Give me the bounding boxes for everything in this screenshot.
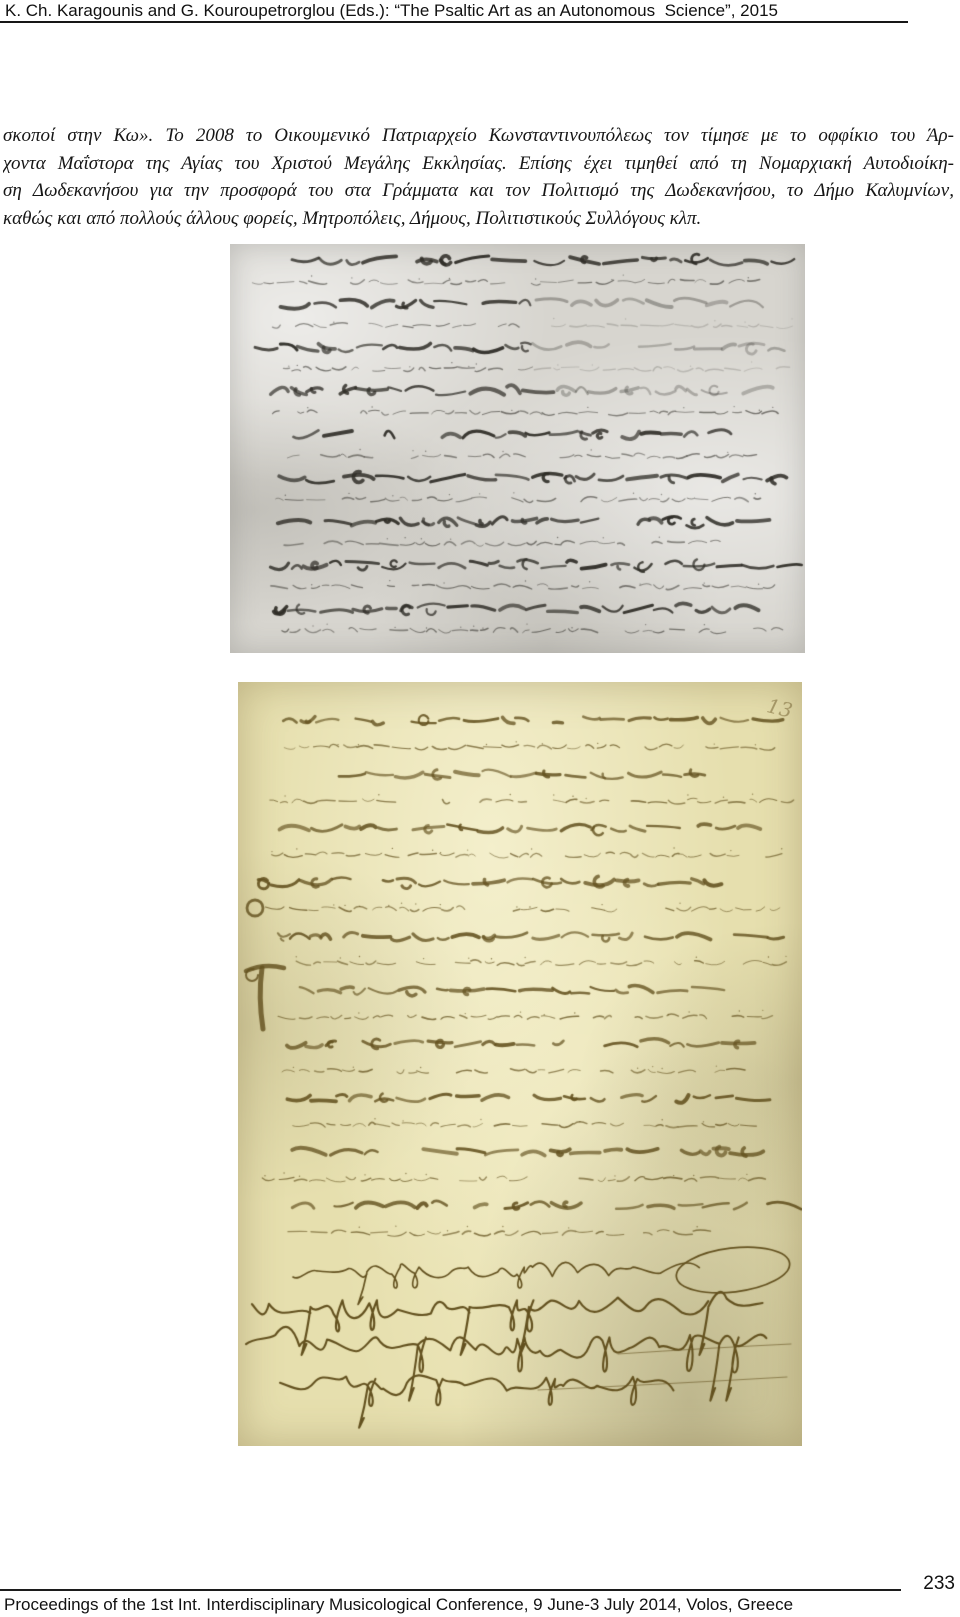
page: K. Ch. Karagounis and G. Kouroupetrorglo…	[0, 0, 960, 1617]
manuscript-figure-1	[230, 244, 805, 653]
paragraph-line-3: ση Δωδεκανήσου για την προσφορά του στα …	[3, 177, 954, 205]
paragraph-line-4: καθώς και από πολλούς άλλους φορείς, Μητ…	[3, 205, 954, 233]
page-number: 233	[923, 1573, 955, 1595]
body-paragraph: σκοποί στην Κω». Το 2008 το Οικουμενικό …	[3, 122, 954, 232]
manuscript-figure-2: 13	[238, 682, 802, 1446]
header-citation: K. Ch. Karagounis and G. Kouroupetrorglo…	[5, 1, 778, 20]
header-rule	[0, 21, 908, 23]
paragraph-line-1: σκοποί στην Κω». Το 2008 το Οικουμενικό …	[3, 122, 954, 150]
manuscript-canvas-2	[238, 682, 802, 1446]
footer-rule	[0, 1589, 901, 1591]
manuscript-canvas-1	[230, 244, 805, 653]
paragraph-line-2: χοντα Μαΐστορα της Αγίας του Χριστού Μεγ…	[3, 150, 954, 178]
footer-citation: Proceedings of the 1st Int. Interdiscipl…	[4, 1595, 793, 1615]
